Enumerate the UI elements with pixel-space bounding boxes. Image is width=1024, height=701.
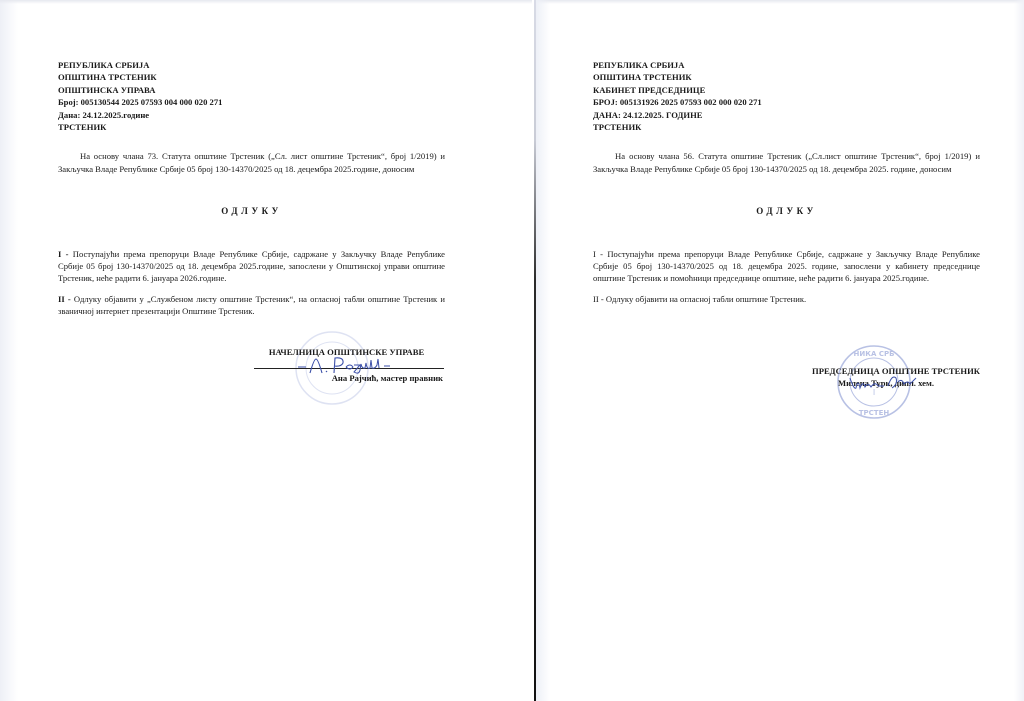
header-office: КАБИНЕТ ПРЕДСЕДНИЦЕ (593, 84, 980, 96)
item-number: I - (58, 249, 68, 259)
signatory-name: Милена Турк, дипл. хем. (760, 377, 980, 389)
item-text: Поступајући према препоруци Владе Републ… (593, 249, 980, 284)
header-municipality: ОПШТИНА ТРСТЕНИК (593, 71, 980, 83)
header-municipality: ОПШТИНА ТРСТЕНИК (58, 71, 445, 83)
item-text: Поступајући према препоруци Владе Републ… (58, 249, 445, 284)
header-city: ТРСТЕНИК (593, 121, 980, 133)
preamble: На основу члана 73. Статута општине Трст… (58, 150, 445, 175)
decision-item: II - Одлуку објавити у „Службеном листу … (58, 293, 445, 318)
scan-shadow (0, 0, 18, 701)
item-number: II - (58, 294, 71, 304)
signature-block: ПРЕДСЕДНИЦА ОПШТИНЕ ТРСТЕНИК Милена Турк… (760, 365, 980, 389)
header-number: БРОЈ: 005131926 2025 07593 002 000 020 2… (593, 96, 980, 108)
scan-shadow (535, 0, 1024, 4)
item-number: II - (593, 294, 604, 304)
item-text: Одлуку објавити на огласној табли општин… (604, 294, 806, 304)
document-title: ОДЛУКУ (58, 205, 445, 217)
decision-item: I - Поступајући према препоруци Владе Ре… (58, 248, 445, 285)
signatory-role: ПРЕДСЕДНИЦА ОПШТИНЕ ТРСТЕНИК (760, 365, 980, 377)
item-text: Одлуку објавити у „Службеном листу општи… (58, 294, 445, 316)
signature-line (254, 368, 444, 369)
header-country: РЕПУБЛИКА СРБИЈА (58, 59, 445, 71)
decision-item: II - Одлуку објавити на огласној табли о… (593, 293, 980, 305)
signatory-name: Ана Рајчић, мастер правник (250, 372, 443, 384)
header-date: Дана: 24.12.2025.године (58, 109, 445, 121)
header-city: ТРСТЕНИК (58, 121, 445, 133)
header-number: Број: 005130544 2025 07593 004 000 020 2… (58, 96, 445, 108)
preamble: На основу члана 56. Статута општине Трст… (593, 150, 980, 175)
signatory-role: НАЧЕЛНИЦА ОПШТИНСКЕ УПРАВЕ (250, 346, 443, 358)
scan-shadow (0, 0, 532, 4)
decision-document-cabinet-of-president: РЕПУБЛИКА СРБИЈА ОПШТИНА ТРСТЕНИК КАБИНЕ… (593, 59, 980, 313)
document-title: ОДЛУКУ (593, 205, 980, 217)
document-header: РЕПУБЛИКА СРБИЈА ОПШТИНА ТРСТЕНИК КАБИНЕ… (593, 59, 980, 133)
header-country: РЕПУБЛИКА СРБИЈА (593, 59, 980, 71)
decision-item: I - Поступајући према препоруци Владе Ре… (593, 248, 980, 285)
scan-shadow (536, 0, 550, 701)
header-office: ОПШТИНСКА УПРАВА (58, 84, 445, 96)
document-header: РЕПУБЛИКА СРБИЈА ОПШТИНА ТРСТЕНИК ОПШТИН… (58, 59, 445, 133)
signature-block: НАЧЕЛНИЦА ОПШТИНСКЕ УПРАВЕ Ана Рајчић, м… (250, 346, 443, 384)
header-date: ДАНА: 24.12.2025. ГОДИНЕ (593, 109, 980, 121)
item-number: I - (593, 249, 603, 259)
decision-document-municipal-administration: РЕПУБЛИКА СРБИЈА ОПШТИНА ТРСТЕНИК ОПШТИН… (58, 59, 445, 326)
scan-shadow (1014, 0, 1024, 701)
